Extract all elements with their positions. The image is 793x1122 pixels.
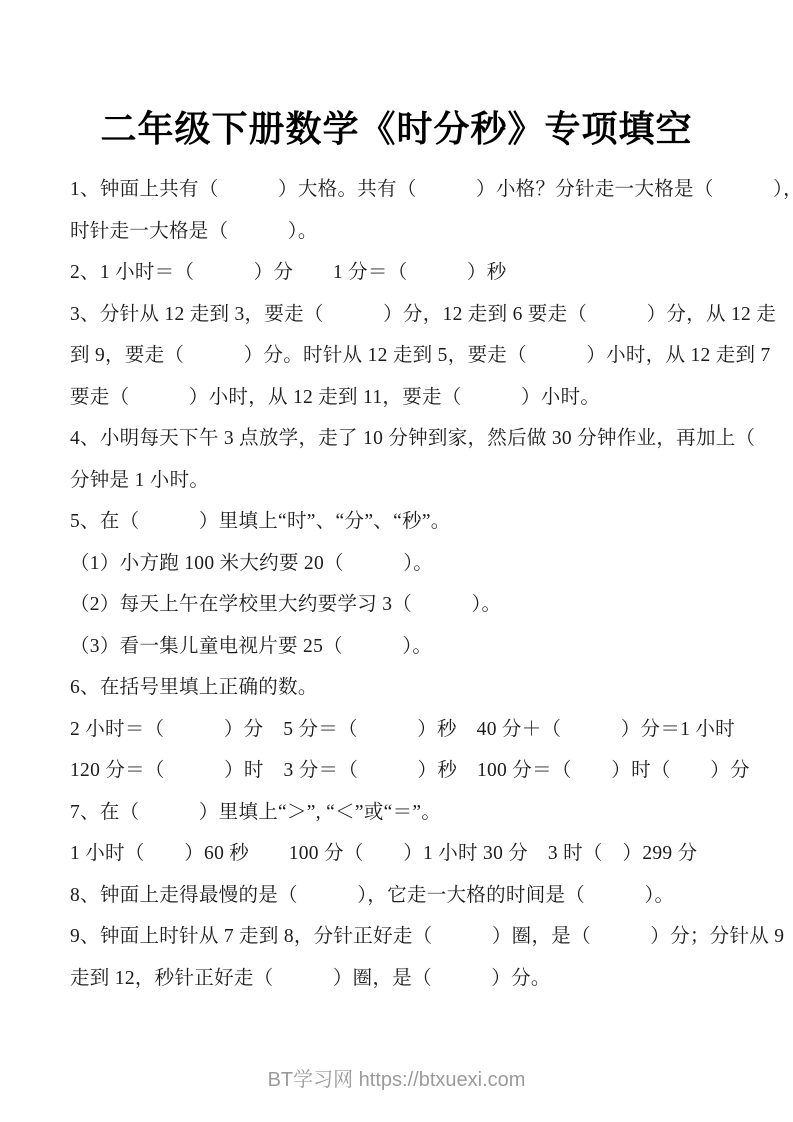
worksheet-line-q5: 5、在（ ）里填上“时”、“分”、“秒”。 xyxy=(70,501,735,543)
worksheet-line-q5-sub2: （2）每天上午在学校里大约要学习 3（ ）。 xyxy=(70,584,735,626)
worksheet-line-q7: 7、在（ ）里填上“＞”, “＜”或“＝”。 xyxy=(70,792,735,834)
worksheet-line-q3-2: 到 9，要走（ ）分。时针从 12 走到 5，要走（ ）小时，从 12 走到 7 xyxy=(70,335,735,377)
worksheet-body: 1、钟面上共有（ ）大格。共有（ ）小格？分针走一大格是（ ）， 时针走一大格是… xyxy=(70,169,735,999)
worksheet-line-q9-1: 9、钟面上时针从 7 走到 8，分针正好走（ ）圈，是（ ）分；分针从 9 xyxy=(70,916,735,958)
worksheet-line-q7-row: 1 小时（ ）60 秒 100 分（ ）1 小时 30 分 3 时（ ）299 … xyxy=(70,833,735,875)
worksheet-line-q5-sub3: （3）看一集儿童电视片要 25（ ）。 xyxy=(70,626,735,668)
worksheet-line-q1-1: 1、钟面上共有（ ）大格。共有（ ）小格？分针走一大格是（ ）， xyxy=(70,169,735,211)
worksheet-line-q6-row1: 2 小时＝（ ）分 5 分＝（ ）秒 40 分＋（ ）分＝1 小时 xyxy=(70,709,735,751)
worksheet-line-q4-1: 4、小明每天下午 3 点放学，走了 10 分钟到家，然后做 30 分钟作业，再加… xyxy=(70,418,735,460)
worksheet-line-q6-row2: 120 分＝（ ）时 3 分＝（ ）秒 100 分＝（ ）时（ ）分 xyxy=(70,750,735,792)
worksheet-line-q4-2: 分钟是 1 小时。 xyxy=(70,460,735,502)
worksheet-line-q3-3: 要走（ ）小时，从 12 走到 11，要走（ ）小时。 xyxy=(70,377,735,419)
worksheet-line-q8: 8、钟面上走得最慢的是（ ），它走一大格的时间是（ ）。 xyxy=(70,875,735,917)
worksheet-line-q3-1: 3、分针从 12 走到 3，要走（ ）分，12 走到 6 要走（ ）分，从 12… xyxy=(70,294,735,336)
worksheet-line-q1-2: 时针走一大格是（ ）。 xyxy=(70,211,735,253)
worksheet-title: 二年级下册数学《时分秒》专项填空 xyxy=(0,101,793,152)
worksheet-line-q2: 2、1 小时＝（ ）分 1 分＝（ ）秒 xyxy=(70,252,735,294)
worksheet-page: 二年级下册数学《时分秒》专项填空 1、钟面上共有（ ）大格。共有（ ）小格？分针… xyxy=(0,0,793,1122)
worksheet-line-q6: 6、在括号里填上正确的数。 xyxy=(70,667,735,709)
worksheet-line-q5-sub1: （1）小方跑 100 米大约要 20（ ）。 xyxy=(70,543,735,585)
site-watermark: BT学习网 https://btxuexi.com xyxy=(0,1063,793,1092)
worksheet-line-q9-2: 走到 12，秒针正好走（ ）圈，是（ ）分。 xyxy=(70,958,735,1000)
